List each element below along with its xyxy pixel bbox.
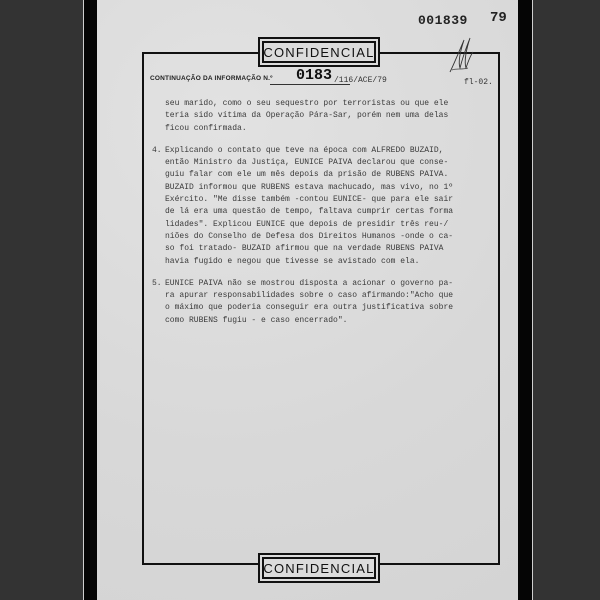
info-number-suffix: /116/ACE/79 <box>334 76 387 85</box>
text-line: lidades". Explicou EUNICE que depois de … <box>165 219 498 231</box>
paragraph: 5.EUNICE PAIVA não se mostrou disposta a… <box>162 278 498 327</box>
document-number: 001839 <box>418 13 468 28</box>
classification-stamp-bottom: CONFIDENCIAL <box>258 553 380 583</box>
continuation-label: CONTINUAÇÃO DA INFORMAÇÃO N.º <box>150 75 273 82</box>
text-line: Explicando o contato que teve na época c… <box>165 145 498 157</box>
paragraph-number: 4. <box>152 145 162 157</box>
text-line: so foi tratado- BUZAID afirmou que na ve… <box>165 243 498 255</box>
scan-border-left <box>84 0 97 600</box>
text-line: de lá era uma questão de tempo, faltava … <box>165 206 498 218</box>
text-line: havia fugido e negou que tivesse se avis… <box>165 256 498 268</box>
classification-label-bottom: CONFIDENCIAL <box>262 557 376 579</box>
paragraph: 4.Explicando o contato que teve na época… <box>162 145 498 268</box>
classification-label-top: CONFIDENCIAL <box>262 41 376 63</box>
text-line: Exército. "Me disse também -contou EUNIC… <box>165 194 498 206</box>
paragraph-number: 5. <box>152 278 162 290</box>
text-line: niões do Conselho de Defesa dos Direitos… <box>165 231 498 243</box>
text-line: guiu falar com ele um mês depois da pris… <box>165 169 498 181</box>
signature-icon <box>446 34 476 76</box>
text-line: então Ministro da Justiça, EUNICE PAIVA … <box>165 157 498 169</box>
text-line: o máximo que poderia conseguir era outra… <box>165 302 498 314</box>
info-number: 0183 <box>296 67 332 84</box>
document-body: seu marido, como o seu sequestro por ter… <box>162 98 498 327</box>
scan-edge-right <box>532 0 533 600</box>
text-line: teria sido vítima da Operação Pára-Sar, … <box>165 110 498 122</box>
text-line: ra apurar responsabilidades sobre o caso… <box>165 290 498 302</box>
text-line: como RUBENS fugiu - e caso encerrado". <box>165 315 498 327</box>
text-line: ficou confirmada. <box>165 123 498 135</box>
folio-number: fl-02. <box>464 78 493 87</box>
scan-border-right <box>518 0 532 600</box>
paragraph: seu marido, como o seu sequestro por ter… <box>162 98 498 135</box>
classification-stamp-top: CONFIDENCIAL <box>258 37 380 67</box>
text-line: seu marido, como o seu sequestro por ter… <box>165 98 498 110</box>
page-number: 79 <box>490 10 507 26</box>
text-line: BUZAID informou que RUBENS estava machuc… <box>165 182 498 194</box>
text-line: EUNICE PAIVA não se mostrou disposta a a… <box>165 278 498 290</box>
